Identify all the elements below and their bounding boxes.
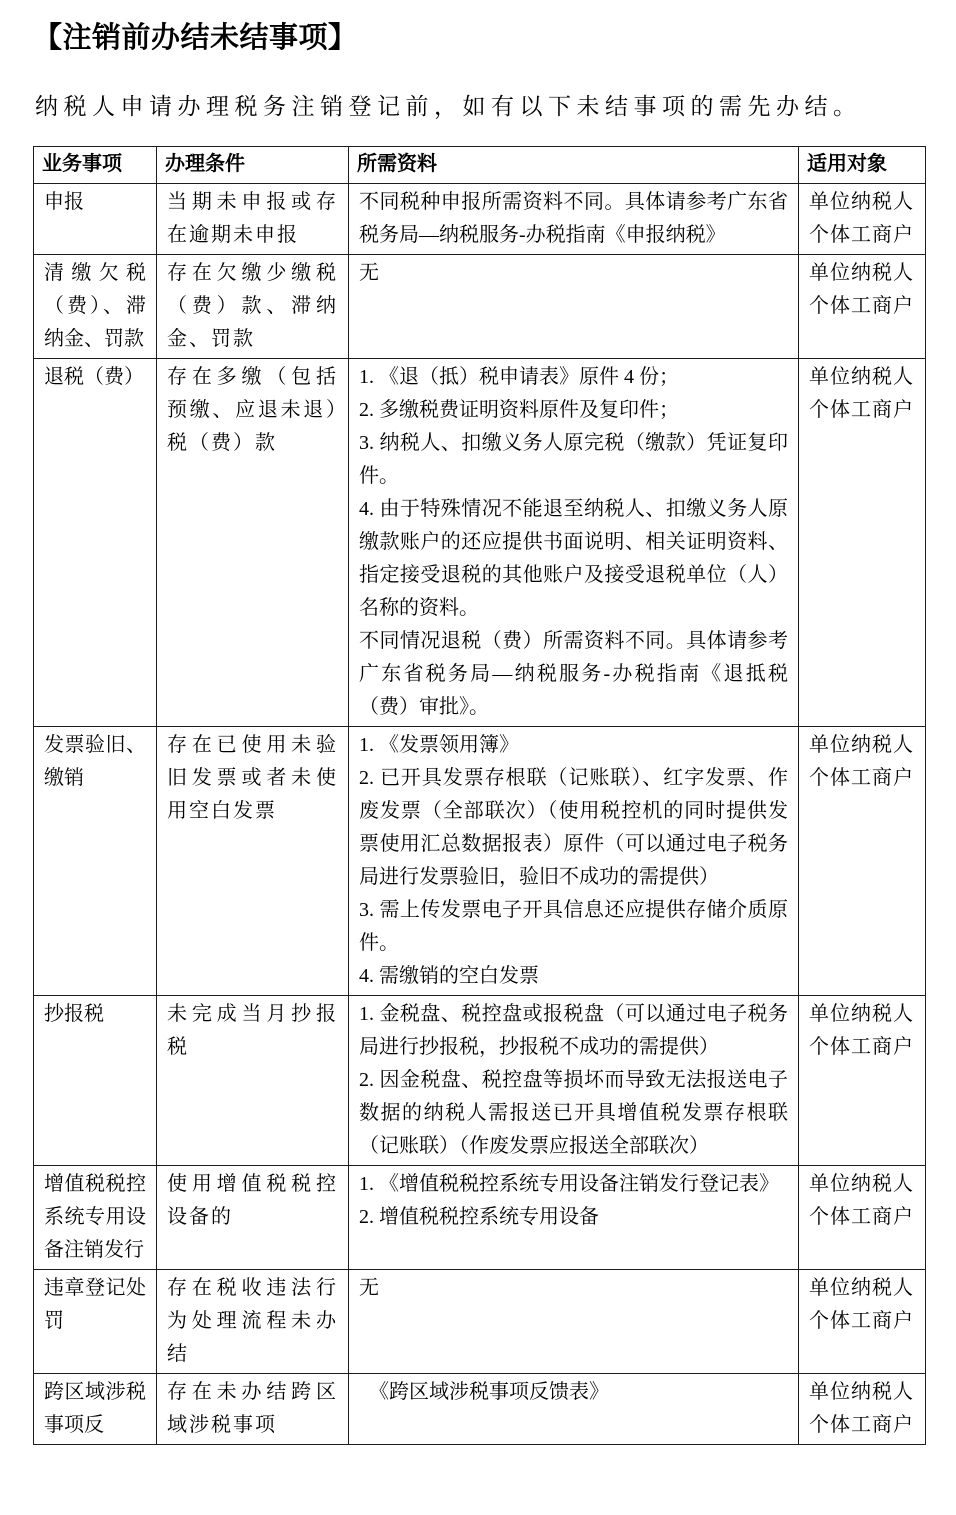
target-line: 个体工商户 [809,1201,915,1234]
target-cell: 单位纳税人个体工商户 [799,183,926,254]
target-cell: 单位纳税人个体工商户 [799,1269,926,1373]
materials-cell: 无 [349,254,799,358]
material-line: 1. 《退（抵）税申请表》原件 4 份； [359,361,788,394]
target-line: 单位纳税人 [809,1376,915,1409]
material-line: 不同税种申报所需资料不同。具体请参考广东省税务局—纳税服务-办税指南《申报纳税》 [359,186,788,252]
condition-cell: 当期未申报或存在逾期未申报 [157,183,349,254]
target-line: 个体工商户 [809,290,915,323]
column-header: 所需资料 [349,146,799,183]
condition-cell: 使用增值税税控设备的 [157,1165,349,1269]
business-item-cell: 增值税税控系统专用设备注销发行 [34,1165,157,1269]
materials-cell: 1. 《增值税税控系统专用设备注销发行登记表》2. 增值税税控系统专用设备 [349,1165,799,1269]
target-line: 单位纳税人 [809,257,915,290]
pending-items-table: 业务事项办理条件所需资料适用对象 申报当期未申报或存在逾期未申报不同税种申报所需… [33,146,926,1445]
condition-cell: 存在税收违法行为处理流程未办结 [157,1269,349,1373]
materials-cell: 无 [349,1269,799,1373]
material-line: 2. 已开具发票存根联（记账联）、红字发票、作废发票（全部联次）（使用税控机的同… [359,762,788,894]
target-cell: 单位纳税人个体工商户 [799,254,926,358]
table-row: 跨区域涉税事项反存在未办结跨区域涉税事项 《跨区域涉税事项反馈表》单位纳税人个体… [34,1373,926,1444]
table-row: 发票验旧、缴销存在已使用未验旧发票或者未使用空白发票1. 《发票领用簿》2. 已… [34,726,926,995]
material-line: 4. 需缴销的空白发票 [359,960,788,993]
condition-cell: 未完成当月抄报税 [157,995,349,1165]
business-item-cell: 退税（费） [34,358,157,726]
condition-cell: 存在欠缴少缴税（费）款、滞纳金、罚款 [157,254,349,358]
business-item-cell: 跨区域涉税事项反 [34,1373,157,1444]
material-line: 无 [359,1272,788,1305]
materials-cell: 不同税种申报所需资料不同。具体请参考广东省税务局—纳税服务-办税指南《申报纳税》 [349,183,799,254]
intro-text: 纳税人申请办理税务注销登记前，如有以下未结事项的需先办结。 [35,91,925,123]
column-header: 业务事项 [34,146,157,183]
target-line: 个体工商户 [809,1409,915,1442]
target-cell: 单位纳税人个体工商户 [799,1165,926,1269]
material-line: 2. 多缴税费证明资料原件及复印件； [359,394,788,427]
target-cell: 单位纳税人个体工商户 [799,358,926,726]
target-cell: 单位纳税人个体工商户 [799,726,926,995]
table-row: 申报当期未申报或存在逾期未申报不同税种申报所需资料不同。具体请参考广东省税务局—… [34,183,926,254]
document-page: 【注销前办结未结事项】 纳税人申请办理税务注销登记前，如有以下未结事项的需先办结… [0,0,956,1445]
table-row: 退税（费）存在多缴（包括预缴、应退未退）税（费）款1. 《退（抵）税申请表》原件… [34,358,926,726]
page-title: 【注销前办结未结事项】 [33,20,925,58]
condition-cell: 存在未办结跨区域涉税事项 [157,1373,349,1444]
target-cell: 单位纳税人个体工商户 [799,1373,926,1444]
table-row: 增值税税控系统专用设备注销发行使用增值税税控设备的1. 《增值税税控系统专用设备… [34,1165,926,1269]
material-line: 2. 因金税盘、税控盘等损坏而导致无法报送电子数据的纳税人需报送已开具增值税发票… [359,1064,788,1163]
target-cell: 单位纳税人个体工商户 [799,995,926,1165]
target-line: 个体工商户 [809,219,915,252]
condition-cell: 存在已使用未验旧发票或者未使用空白发票 [157,726,349,995]
material-line: 3. 纳税人、扣缴义务人原完税（缴款）凭证复印件。 [359,427,788,493]
table-row: 清缴欠税（费）、滞纳金、罚款存在欠缴少缴税（费）款、滞纳金、罚款无单位纳税人个体… [34,254,926,358]
table-row: 抄报税未完成当月抄报税1. 金税盘、税控盘或报税盘（可以通过电子税务局进行抄报税… [34,995,926,1165]
table-row: 违章登记处罚存在税收违法行为处理流程未办结无单位纳税人个体工商户 [34,1269,926,1373]
target-line: 单位纳税人 [809,361,915,394]
material-line: 1. 金税盘、税控盘或报税盘（可以通过电子税务局进行抄报税，抄报税不成功的需提供… [359,998,788,1064]
material-line: 1. 《增值税税控系统专用设备注销发行登记表》 [359,1168,788,1201]
business-item-cell: 清缴欠税（费）、滞纳金、罚款 [34,254,157,358]
target-line: 单位纳税人 [809,998,915,1031]
materials-cell: 1. 《退（抵）税申请表》原件 4 份；2. 多缴税费证明资料原件及复印件；3.… [349,358,799,726]
material-line: 不同情况退税（费）所需资料不同。具体请参考广东省税务局—纳税服务-办税指南《退抵… [359,625,788,724]
business-item-cell: 抄报税 [34,995,157,1165]
target-line: 个体工商户 [809,1031,915,1064]
target-line: 单位纳税人 [809,1168,915,1201]
business-item-cell: 违章登记处罚 [34,1269,157,1373]
materials-cell: 1. 《发票领用簿》2. 已开具发票存根联（记账联）、红字发票、作废发票（全部联… [349,726,799,995]
business-item-cell: 申报 [34,183,157,254]
target-line: 个体工商户 [809,394,915,427]
materials-cell: 1. 金税盘、税控盘或报税盘（可以通过电子税务局进行抄报税，抄报税不成功的需提供… [349,995,799,1165]
business-item-cell: 发票验旧、缴销 [34,726,157,995]
materials-cell: 《跨区域涉税事项反馈表》 [349,1373,799,1444]
target-line: 个体工商户 [809,1305,915,1338]
target-line: 单位纳税人 [809,1272,915,1305]
column-header: 适用对象 [799,146,926,183]
material-line: 《跨区域涉税事项反馈表》 [359,1376,788,1409]
material-line: 无 [359,257,788,290]
material-line: 3. 需上传发票电子开具信息还应提供存储介质原件。 [359,894,788,960]
column-header: 办理条件 [157,146,349,183]
material-line: 1. 《发票领用簿》 [359,729,788,762]
target-line: 个体工商户 [809,762,915,795]
target-line: 单位纳税人 [809,729,915,762]
condition-cell: 存在多缴（包括预缴、应退未退）税（费）款 [157,358,349,726]
table-header-row: 业务事项办理条件所需资料适用对象 [34,146,926,183]
target-line: 单位纳税人 [809,186,915,219]
material-line: 4. 由于特殊情况不能退至纳税人、扣缴义务人原缴款账户的还应提供书面说明、相关证… [359,493,788,625]
material-line: 2. 增值税税控系统专用设备 [359,1201,788,1234]
